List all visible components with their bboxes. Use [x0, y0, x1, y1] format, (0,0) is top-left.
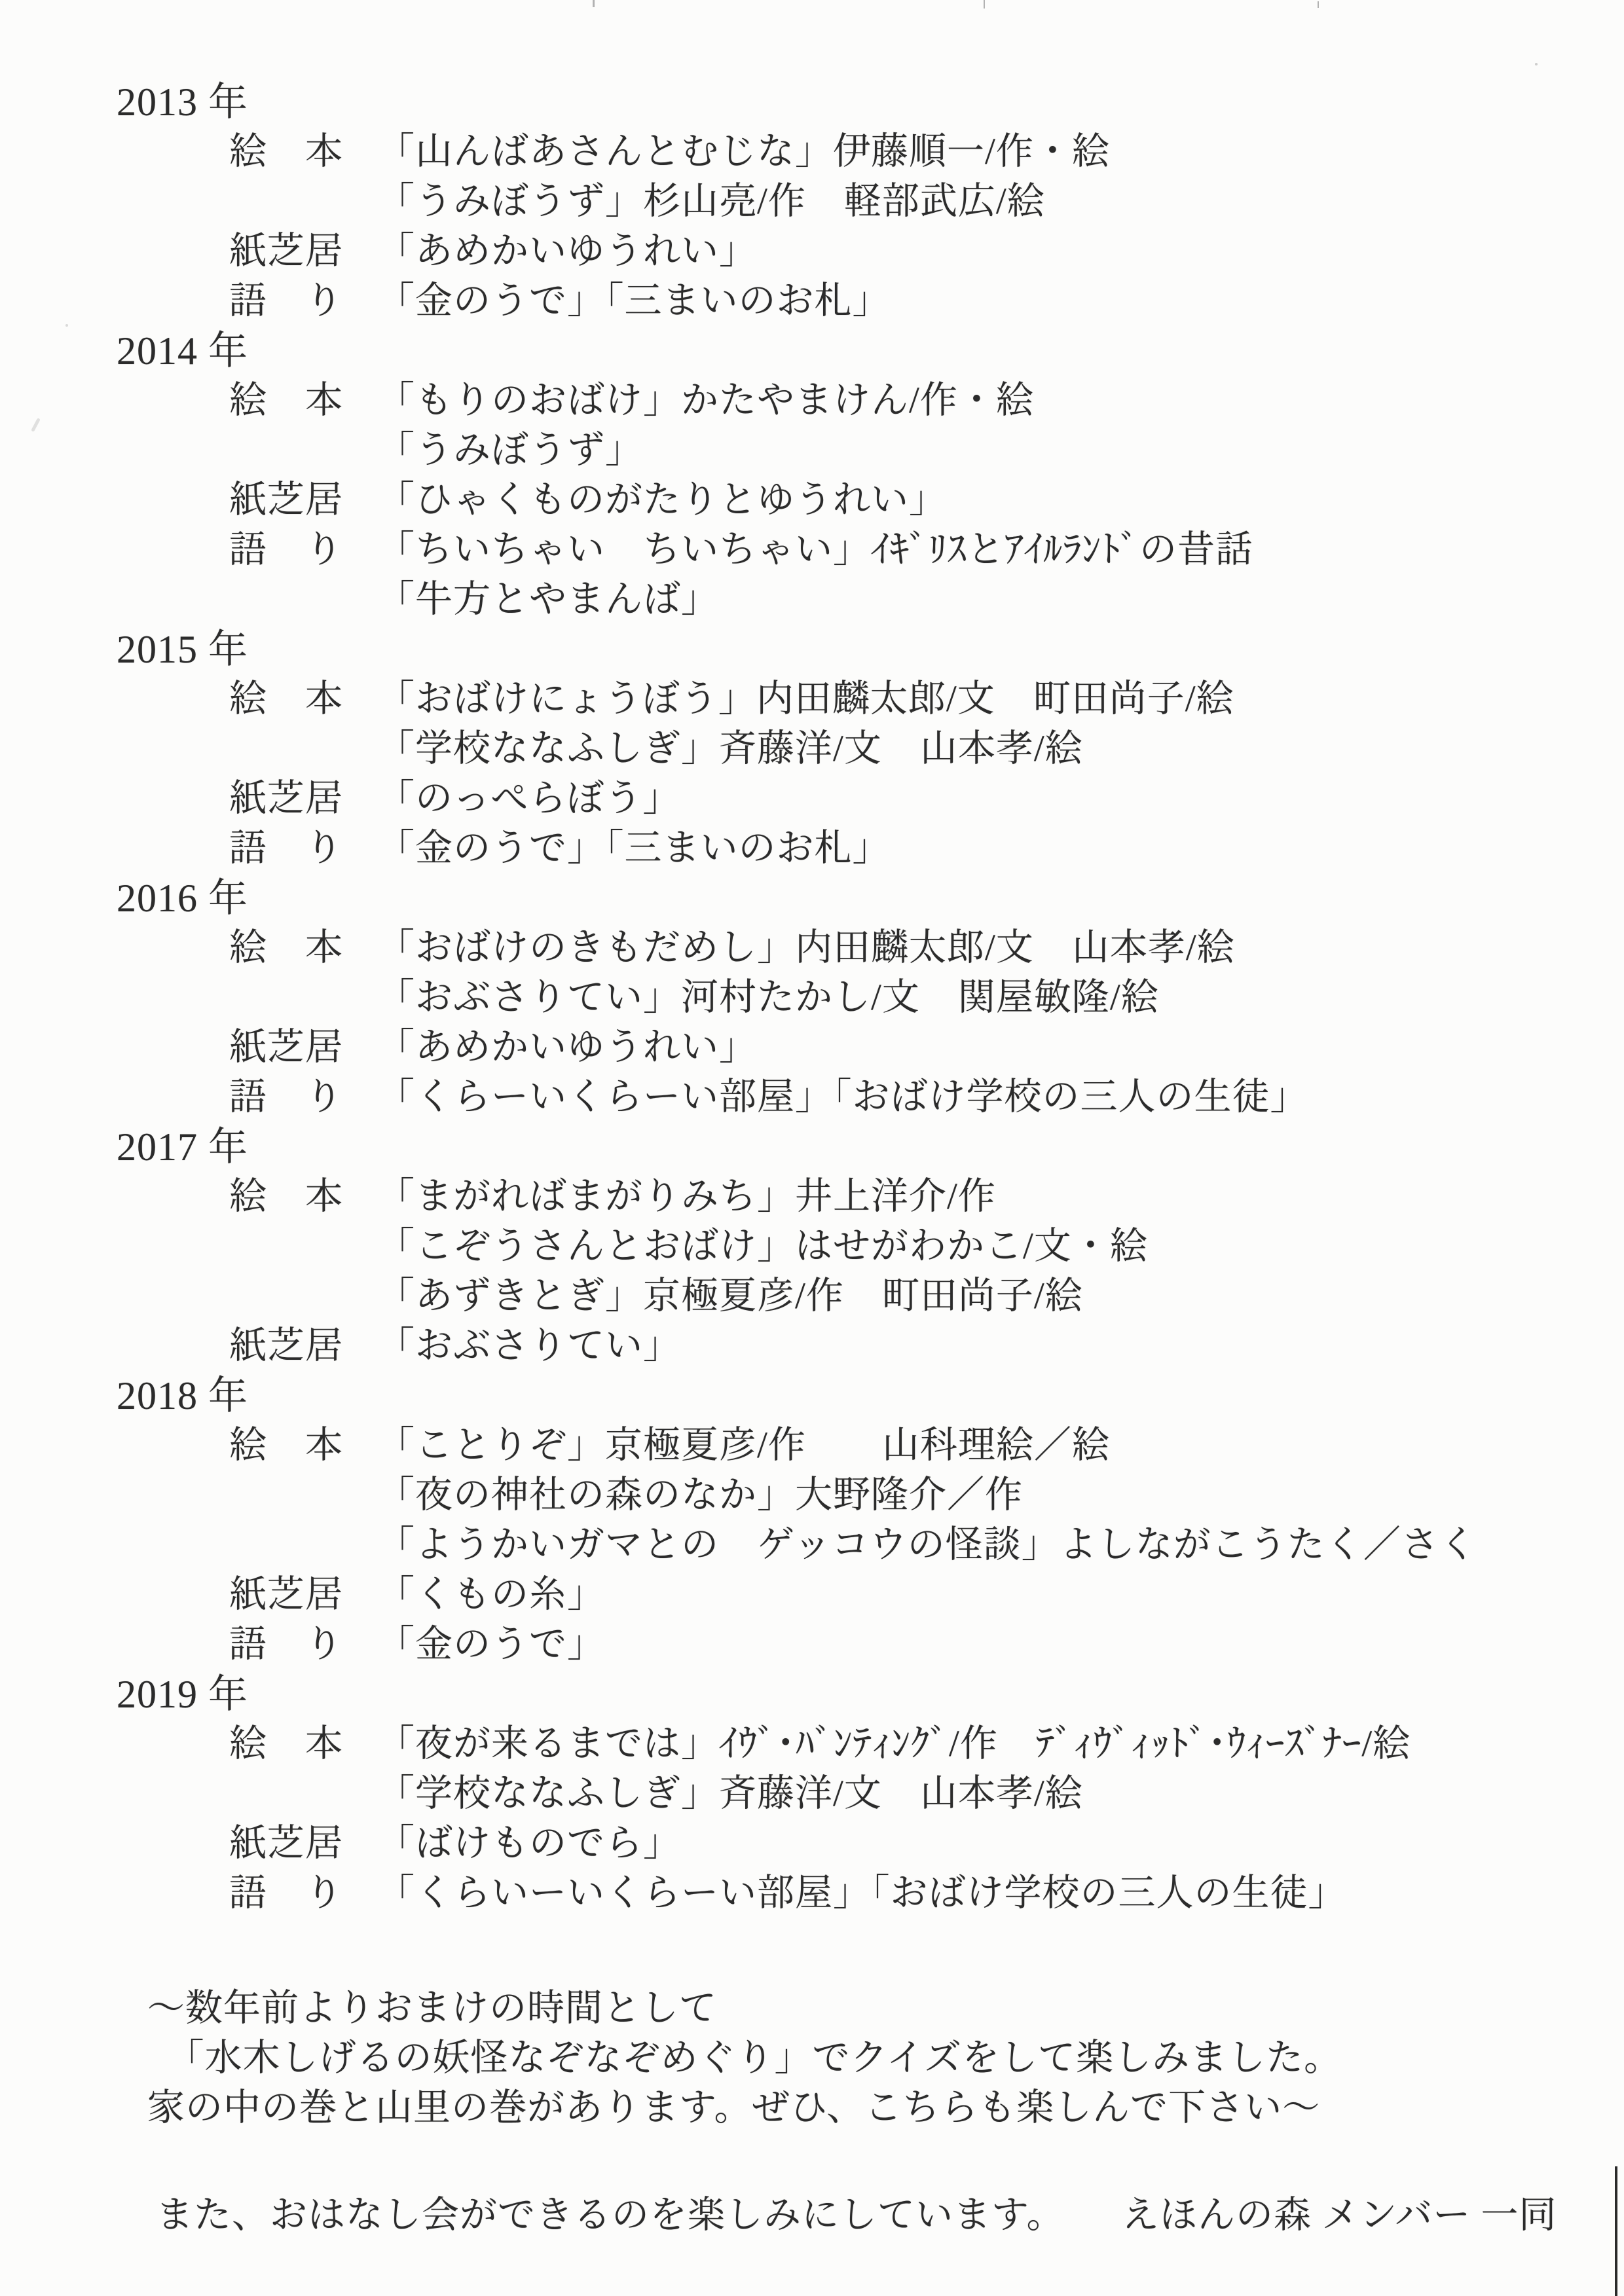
entry-text: 「金のうで」「三まいのお札」	[377, 280, 891, 321]
entry-row: 絵 本「もりのおばけ」かたやまけん/作・絵	[229, 376, 1624, 426]
entry-row: 紙芝居「ばけものでら」	[229, 1819, 1624, 1868]
entry-text: 「学校ななふしぎ」斉藤洋/文 山本孝/絵	[377, 728, 1083, 769]
entry-text: 「ことりぞ」京極夏彦/作 山科理絵／絵	[377, 1425, 1110, 1466]
entry-text: 「おぶさりてい」河村たかし/文 関屋敏隆/絵	[377, 977, 1159, 1018]
entry-text: 「ようかいガマとの ゲッコウの怪談」よしながこうたく／さく	[377, 1524, 1477, 1565]
entry-text: 「学校ななふしぎ」斉藤洋/文 山本孝/絵	[377, 1773, 1083, 1814]
entry-row: 語 り「金のうで」「三まいのお札」	[229, 276, 1624, 326]
entry-continuation-row: 「学校ななふしぎ」斉藤洋/文 山本孝/絵	[377, 724, 1624, 774]
entry-text: 「あめかいゆうれい」	[377, 1027, 757, 1068]
scan-edge-artifact	[1615, 2166, 1617, 2296]
entry-continuation-row: 「うみぼうず」	[377, 426, 1624, 475]
entry-continuation-row: 「牛方とやまんば」	[377, 575, 1624, 625]
entry-text: 「ちいちゃい ちいちゃい」ｲｷﾞﾘｽとｱｲﾙﾗﾝﾄﾞの昔話	[377, 529, 1253, 570]
entry-continuation-row: 「夜の神社の森のなか」大野隆介／作	[377, 1470, 1624, 1520]
category-label: 絵 本	[229, 1172, 377, 1222]
year-heading: 2017 年	[117, 1122, 1624, 1172]
entry-text: 「おばけにょうぼう」内田麟太郎/文 町田尚子/絵	[377, 678, 1234, 720]
entry-text: 「おばけのきもだめし」内田麟太郎/文 山本孝/絵	[377, 927, 1235, 968]
entry-text: 「くらーいくらーい部屋」「おばけ学校の三人の生徒」	[377, 1076, 1308, 1118]
entry-text: 「山んばあさんとむじな」伊藤順一/作・絵	[377, 131, 1110, 172]
entry-text: 「ばけものでら」	[377, 1823, 681, 1864]
entry-text: 「夜の神社の森のなか」大野隆介／作	[377, 1474, 1023, 1516]
entry-text: 「金のうで」「三まいのお札」	[377, 828, 891, 869]
entry-text: 「のっぺらぼう」	[377, 778, 680, 819]
category-label: 絵 本	[229, 1421, 377, 1470]
entry-row: 絵 本「ことりぞ」京極夏彦/作 山科理絵／絵	[229, 1421, 1624, 1470]
category-label: 語 り	[229, 1072, 377, 1122]
entry-row: 語 り「くらーいくらーい部屋」「おばけ学校の三人の生徒」	[229, 1072, 1624, 1122]
entry-continuation-row: 「ようかいガマとの ゲッコウの怪談」よしながこうたく／さく	[377, 1520, 1624, 1570]
entry-row: 紙芝居「おぶさりてい」	[229, 1321, 1624, 1371]
category-label: 紙芝居	[229, 1321, 377, 1371]
scan-speck	[65, 324, 68, 327]
category-label: 語 り	[229, 525, 377, 575]
closing-signature: また、おはなし会ができるのを楽しみにしています。 えほんの森 メンバー 一同	[156, 2191, 1624, 2240]
category-label: 紙芝居	[229, 774, 377, 824]
entry-text: 「くらいーいくらーい部屋」「おばけ学校の三人の生徒」	[377, 1872, 1346, 1914]
entry-text: 「おぶさりてい」	[377, 1325, 681, 1366]
category-label: 語 り	[229, 276, 377, 326]
category-label: 絵 本	[229, 923, 377, 973]
scan-speck	[1535, 63, 1538, 65]
category-label: 絵 本	[229, 1719, 377, 1769]
entry-row: 絵 本「夜が来るまでは」ｲｳﾞ･ﾊﾞﾝﾃｨﾝｸﾞ/作 ﾃﾞｨｳﾞｨｯﾄﾞ･ｳｨｰ…	[229, 1719, 1624, 1769]
entry-text: 「うみぼうず」杉山亮/作 軽部武広/絵	[377, 181, 1045, 222]
footer-note: ～数年前よりおまけの時間として 「水木しげるの妖怪なぞなぞめぐり」でクイズをして…	[147, 1984, 1624, 2133]
scan-speck	[1318, 1, 1319, 8]
category-label: 語 り	[229, 1620, 377, 1669]
entry-text: 「うみぼうず」	[377, 429, 643, 471]
footer-note-line: 家の中の巻と山里の巻があります。ぜひ、こちらも楽しんで下さい～	[147, 2083, 1624, 2133]
category-label: 語 り	[229, 824, 377, 873]
entry-text: 「こぞうさんとおばけ」はせがわかこ/文・絵	[377, 1226, 1148, 1267]
entry-row: 語 り「金のうで」	[229, 1620, 1624, 1669]
year-heading: 2019 年	[117, 1669, 1624, 1719]
scan-speck	[593, 0, 595, 7]
year-heading: 2015 年	[117, 625, 1624, 674]
entry-text: 「あめかいゆうれい」	[377, 230, 757, 272]
category-label: 絵 本	[229, 376, 377, 426]
scanned-document-page: 2013 年絵 本「山んばあさんとむじな」伊藤順一/作・絵「うみぼうず」杉山亮/…	[0, 0, 1624, 2296]
category-label: 紙芝居	[229, 227, 377, 276]
entry-row: 紙芝居「のっぺらぼう」	[229, 774, 1624, 824]
category-label: 紙芝居	[229, 475, 377, 525]
category-label: 紙芝居	[229, 1023, 377, 1072]
entry-row: 紙芝居「くもの糸」	[229, 1570, 1624, 1620]
entry-row: 絵 本「まがればまがりみち」井上洋介/作	[229, 1172, 1624, 1222]
entry-row: 紙芝居「あめかいゆうれい」	[229, 1023, 1624, 1072]
entry-row: 語 り「くらいーいくらーい部屋」「おばけ学校の三人の生徒」	[229, 1868, 1624, 1918]
entry-text: 「金のうで」	[377, 1624, 605, 1665]
entry-row: 紙芝居「あめかいゆうれい」	[229, 227, 1624, 276]
entry-continuation-row: 「おぶさりてい」河村たかし/文 関屋敏隆/絵	[377, 973, 1624, 1023]
entry-text: 「夜が来るまでは」ｲｳﾞ･ﾊﾞﾝﾃｨﾝｸﾞ/作 ﾃﾞｨｳﾞｨｯﾄﾞ･ｳｨｰｽﾞﾅ…	[377, 1723, 1411, 1764]
entry-row: 語 り「金のうで」「三まいのお札」	[229, 824, 1624, 873]
year-heading: 2013 年	[117, 77, 1624, 127]
entry-row: 絵 本「山んばあさんとむじな」伊藤順一/作・絵	[229, 127, 1624, 177]
category-label: 紙芝居	[229, 1570, 377, 1620]
footer-note-line: 「水木しげるの妖怪なぞなぞめぐり」でクイズをして楽しみました。	[147, 2033, 1624, 2083]
entry-row: 絵 本「おばけのきもだめし」内田麟太郎/文 山本孝/絵	[229, 923, 1624, 973]
scan-speck	[984, 0, 985, 9]
category-label: 語 り	[229, 1868, 377, 1918]
footer-note-line: ～数年前よりおまけの時間として	[147, 1984, 1624, 2033]
entry-text: 「もりのおばけ」かたやまけん/作・絵	[377, 380, 1034, 421]
entry-text: 「あずきとぎ」京極夏彦/作 町田尚子/絵	[377, 1275, 1083, 1317]
year-heading: 2018 年	[117, 1371, 1624, 1421]
category-label: 絵 本	[229, 674, 377, 724]
document-body: 2013 年絵 本「山んばあさんとむじな」伊藤順一/作・絵「うみぼうず」杉山亮/…	[0, 77, 1624, 2240]
category-label: 絵 本	[229, 127, 377, 177]
entry-text: 「まがればまがりみち」井上洋介/作	[377, 1176, 996, 1217]
entry-continuation-row: 「うみぼうず」杉山亮/作 軽部武広/絵	[377, 177, 1624, 227]
entry-continuation-row: 「学校ななふしぎ」斉藤洋/文 山本孝/絵	[377, 1769, 1624, 1819]
entry-text: 「牛方とやまんば」	[377, 579, 719, 620]
entry-row: 絵 本「おばけにょうぼう」内田麟太郎/文 町田尚子/絵	[229, 674, 1624, 724]
year-heading: 2016 年	[117, 873, 1624, 923]
entry-continuation-row: 「こぞうさんとおばけ」はせがわかこ/文・絵	[377, 1222, 1624, 1271]
entry-row: 語 り「ちいちゃい ちいちゃい」ｲｷﾞﾘｽとｱｲﾙﾗﾝﾄﾞの昔話	[229, 525, 1624, 575]
entry-row: 紙芝居「ひゃくものがたりとゆうれい」	[229, 475, 1624, 525]
entry-continuation-row: 「あずきとぎ」京極夏彦/作 町田尚子/絵	[377, 1271, 1624, 1321]
entry-text: 「くもの糸」	[377, 1574, 605, 1615]
year-heading: 2014 年	[117, 326, 1624, 376]
category-label: 紙芝居	[229, 1819, 377, 1868]
entry-text: 「ひゃくものがたりとゆうれい」	[377, 479, 947, 520]
